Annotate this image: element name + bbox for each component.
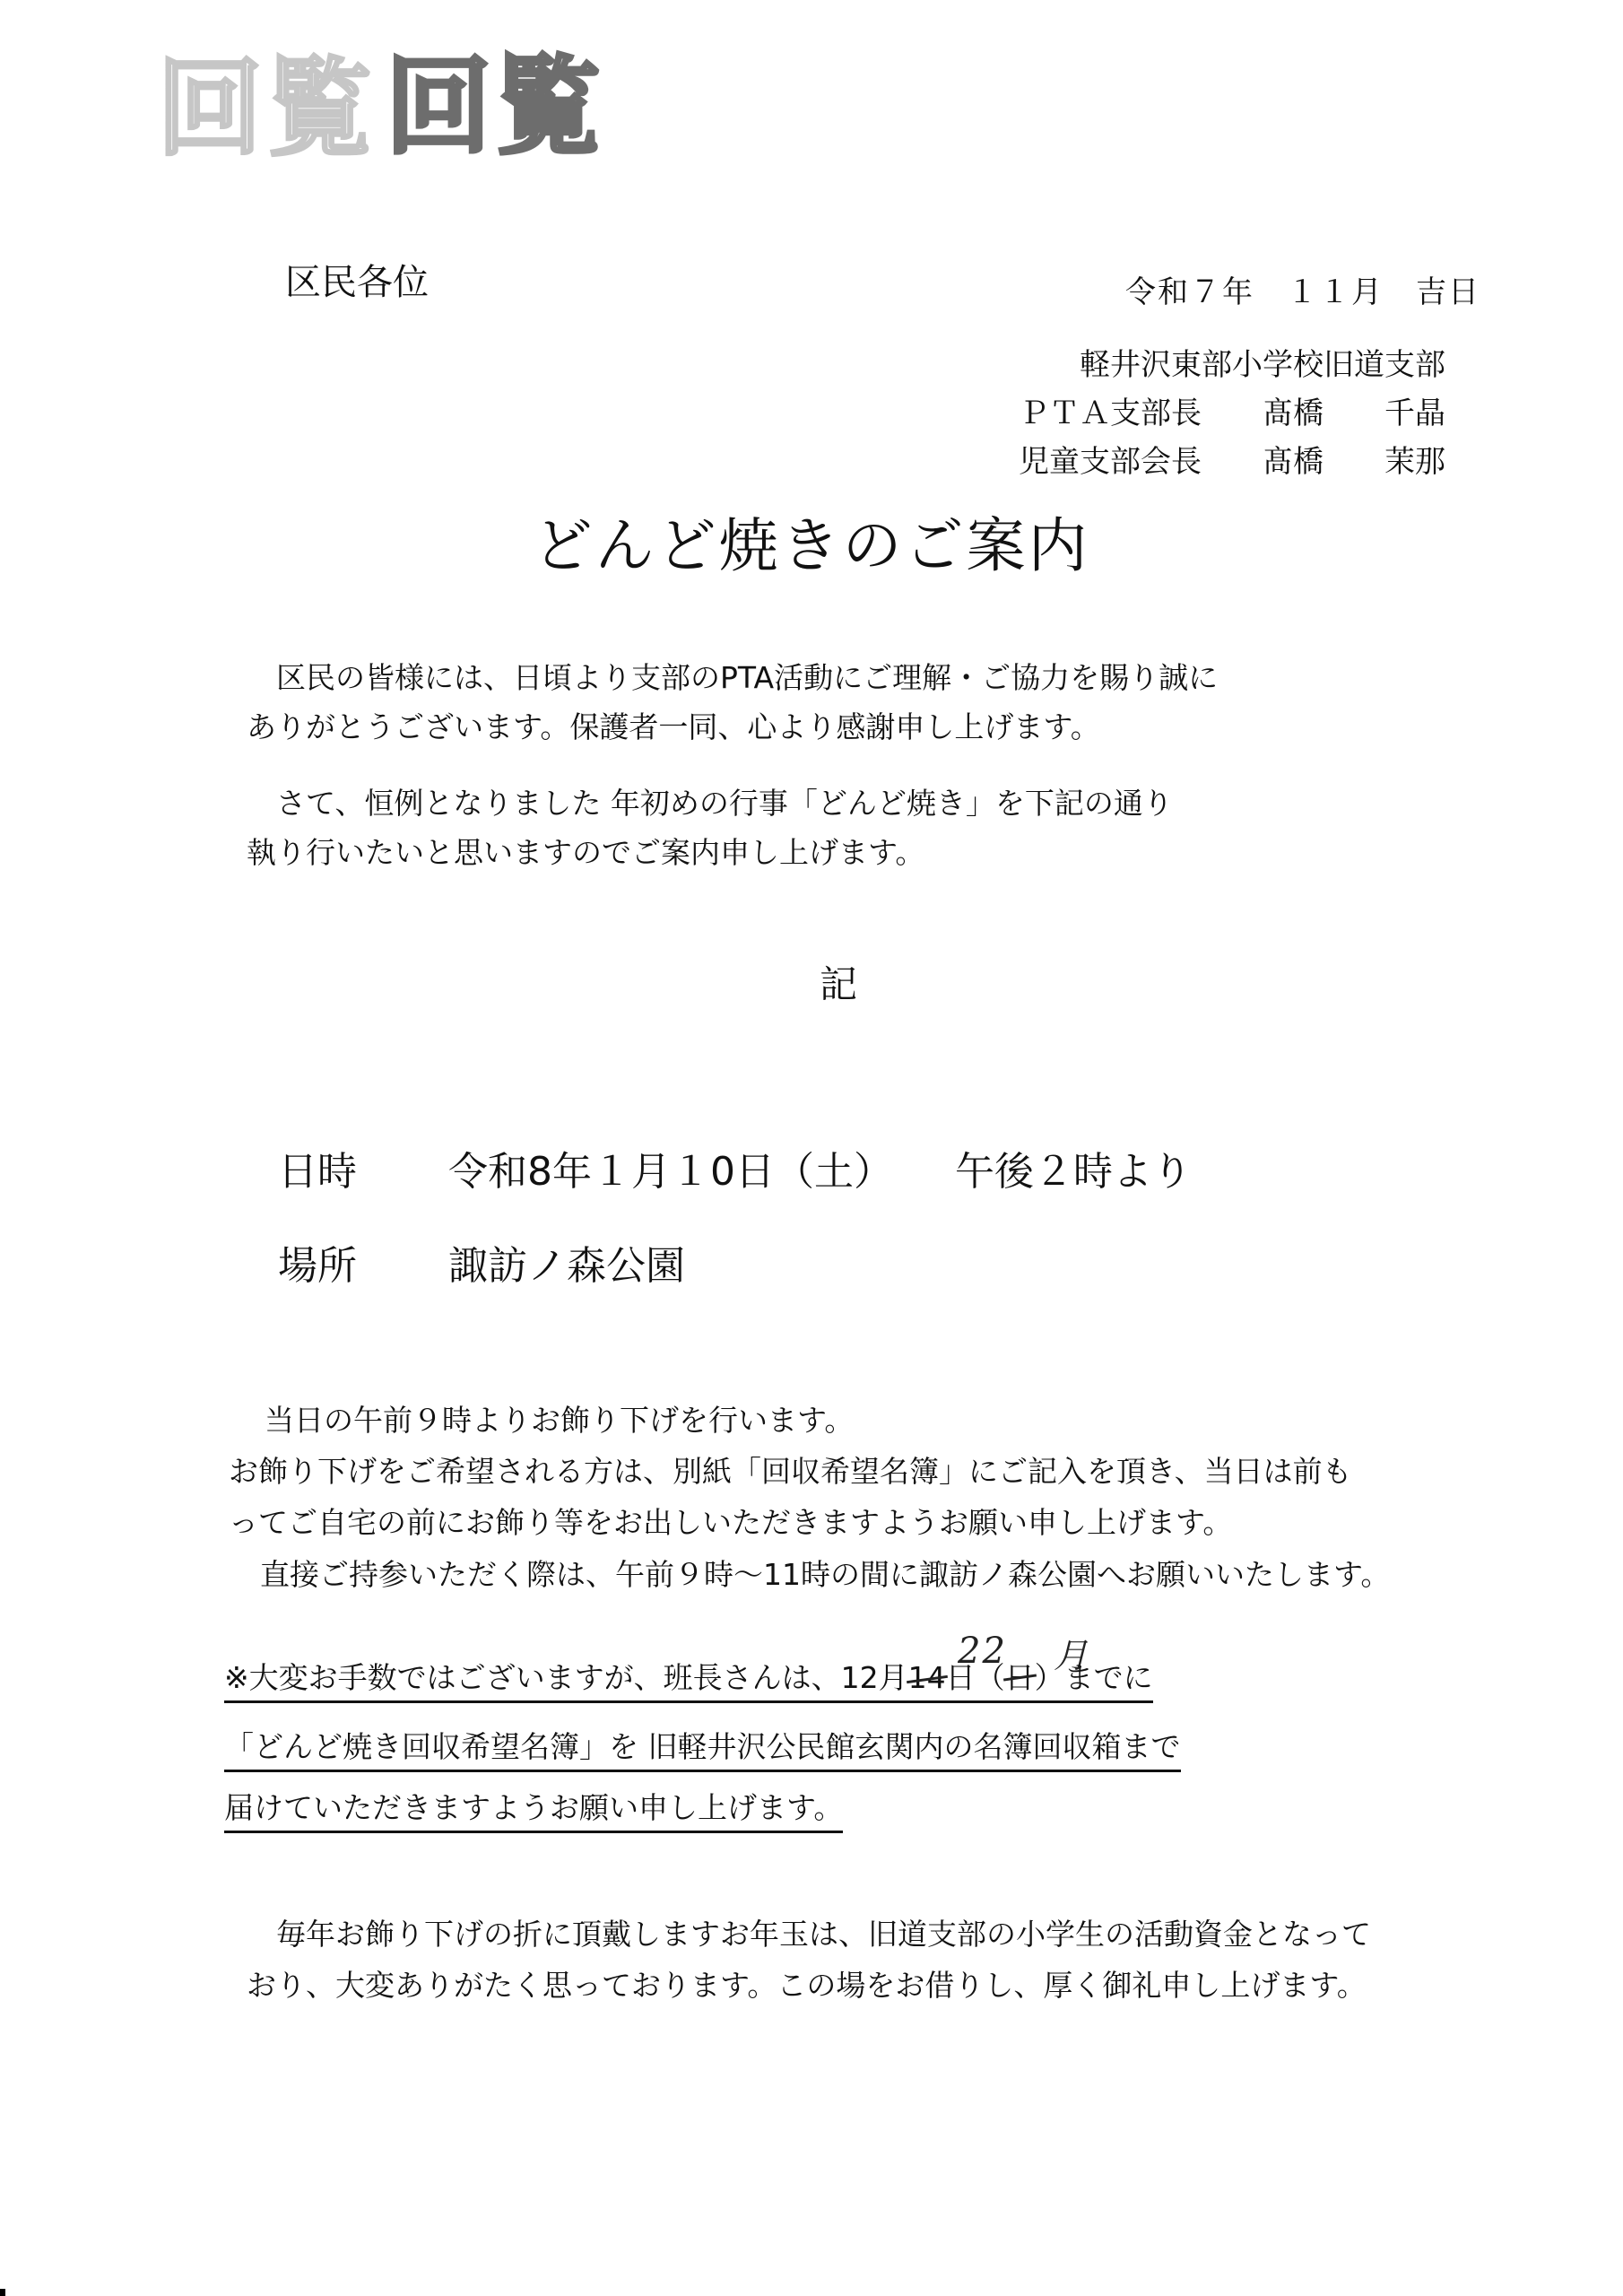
- ki-heading: 記: [0, 955, 1623, 1009]
- closing-paragraph-line-1: 毎年お飾り下げの折に頂戴しますお年玉は、旧道支部の小学生の活動資金となって: [247, 1909, 1371, 1960]
- closing-paragraph: 毎年お飾り下げの折に頂戴しますお年玉は、旧道支部の小学生の活動資金となって おり…: [247, 1909, 1371, 2011]
- circulation-stamp-faded: 回覧: [157, 56, 376, 161]
- intro-paragraph-1-line-1: 区民の皆様には、日頃より支部のPTA活動にご理解・ご協力を賜り誠に: [247, 653, 1218, 702]
- sender-organization: 軽井沢東部小学校旧道支部: [1019, 341, 1445, 389]
- request-line-2: 「どんど焼き回収希望名簿」を 旧軽井沢公民館玄関内の名簿回収箱まで: [224, 1724, 1181, 1772]
- addressee: 区民各位: [285, 254, 429, 305]
- intro-paragraph-1-line-2: ありがとうございます。保護者一同、心より感謝申し上げます。: [247, 702, 1218, 752]
- datetime-value: 令和8年１月１0日（土）: [448, 1139, 893, 1196]
- struck-original-day: 14: [908, 1660, 946, 1695]
- document-title: どんど焼きのご案内: [0, 498, 1623, 583]
- request-line-3: 届けていただきますようお願い申し上げます。: [224, 1785, 843, 1833]
- intro-paragraph-2-line-2: 執り行いたいと思いますのでご案内申し上げます。: [247, 828, 1173, 877]
- intro-paragraph-1: 区民の皆様には、日頃より支部のPTA活動にご理解・ご協力を賜り誠に ありがとうご…: [247, 653, 1218, 752]
- intro-paragraph-2-line-1: さて、恒例となりました 年初めの行事「どんど焼き」を下記の通り: [247, 778, 1173, 828]
- request-line-1-suffix: ）までに: [1035, 1660, 1153, 1695]
- sender-pta-head: ＰＴＡ支部長 髙橋 千晶: [1019, 389, 1445, 438]
- scan-edge-mark: [0, 2289, 5, 2296]
- note-direct-delivery: 直接ご持参いただく際は、午前９時～11時の間に諏訪ノ森公園へお願いいたします。: [260, 1552, 1390, 1594]
- place-label: 場所: [278, 1233, 357, 1291]
- request-day-suffix: 日（: [946, 1660, 1005, 1695]
- circulation-stamp: 回覧: [386, 54, 604, 160]
- struck-original-weekday: 日: [1005, 1655, 1035, 1697]
- closing-paragraph-line-2: おり、大変ありがたく思っております。この場をお借りし、厚く御礼申し上げます。: [247, 1960, 1371, 2011]
- start-time-value: 午後２時より: [955, 1139, 1192, 1196]
- note-request-form-line-2: ってご自宅の前にお飾り等をお出しいただきますようお願い申し上げます。: [229, 1497, 1352, 1548]
- issue-date: 令和７年 １１月 吉日: [1125, 267, 1480, 311]
- datetime-label: 日時: [278, 1139, 357, 1196]
- note-request-form-line-1: お飾り下げをご希望される方は、別紙「回収希望名簿」にご記入を頂き、当日は前も: [229, 1446, 1352, 1497]
- request-line-1: ※大変お手数ではございますが、班長さんは、12月14日（日）までに: [224, 1655, 1153, 1703]
- note-decoration-removal: 当日の午前９時よりお飾り下げを行います。: [265, 1397, 854, 1439]
- sender-children-head: 児童支部会長 髙橋 茉那: [1019, 438, 1445, 486]
- intro-paragraph-2: さて、恒例となりました 年初めの行事「どんど焼き」を下記の通り 執り行いたいと思…: [247, 778, 1173, 877]
- request-line-1-prefix: ※大変お手数ではございますが、班長さんは、12月: [224, 1660, 908, 1695]
- place-value: 諏訪ノ森公園: [448, 1233, 685, 1291]
- note-request-form: お飾り下げをご希望される方は、別紙「回収希望名簿」にご記入を頂き、当日は前も っ…: [229, 1446, 1352, 1548]
- sender-block: 軽井沢東部小学校旧道支部 ＰＴＡ支部長 髙橋 千晶 児童支部会長 髙橋 茉那: [1019, 341, 1445, 486]
